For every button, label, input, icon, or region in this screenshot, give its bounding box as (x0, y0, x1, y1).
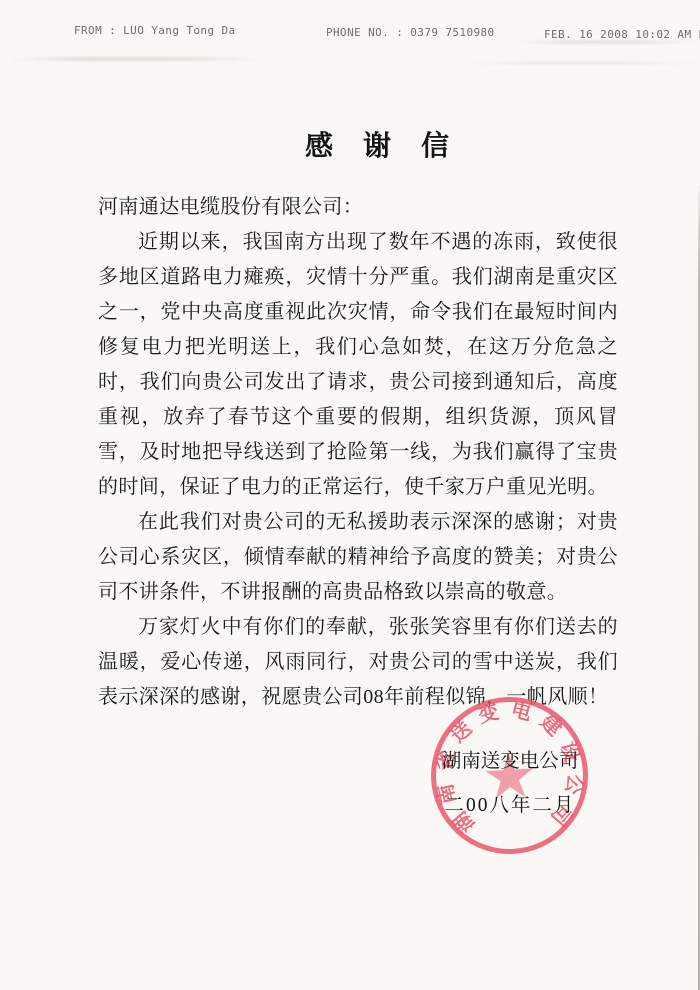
fax-phone-label: PHONE NO. : 0379 7510980 (326, 26, 495, 39)
scan-artifact (8, 57, 263, 61)
signature-date: 二00八年二月 (424, 788, 596, 823)
letter-paragraph: 在此我们对贵公司的无私援助表示深深的感谢；对贵公司心系灾区，倾情奉献的精神给予高… (98, 505, 618, 610)
letter-salutation: 河南通达电缆股份有限公司： (98, 190, 618, 225)
fax-from-label: FROM : LUO Yang Tong Da (74, 24, 236, 37)
signature-block: 湖南送变电公司 二00八年二月 (424, 744, 596, 823)
letter-title: 感谢信 (305, 124, 479, 164)
letter-paragraph: 近期以来，我国南方出现了数年不遇的冻雨，致使很多地区道路电力瘫痪，灾情十分严重。… (98, 225, 618, 505)
document-page: FROM : LUO Yang Tong Da PHONE NO. : 0379… (0, 0, 700, 990)
signature-company: 湖南送变电公司 (424, 744, 596, 779)
letter-body: 河南通达电缆股份有限公司： 近期以来，我国南方出现了数年不遇的冻雨，致使很多地区… (98, 190, 618, 715)
scan-artifact (515, 40, 700, 44)
scan-artifact (465, 61, 700, 65)
